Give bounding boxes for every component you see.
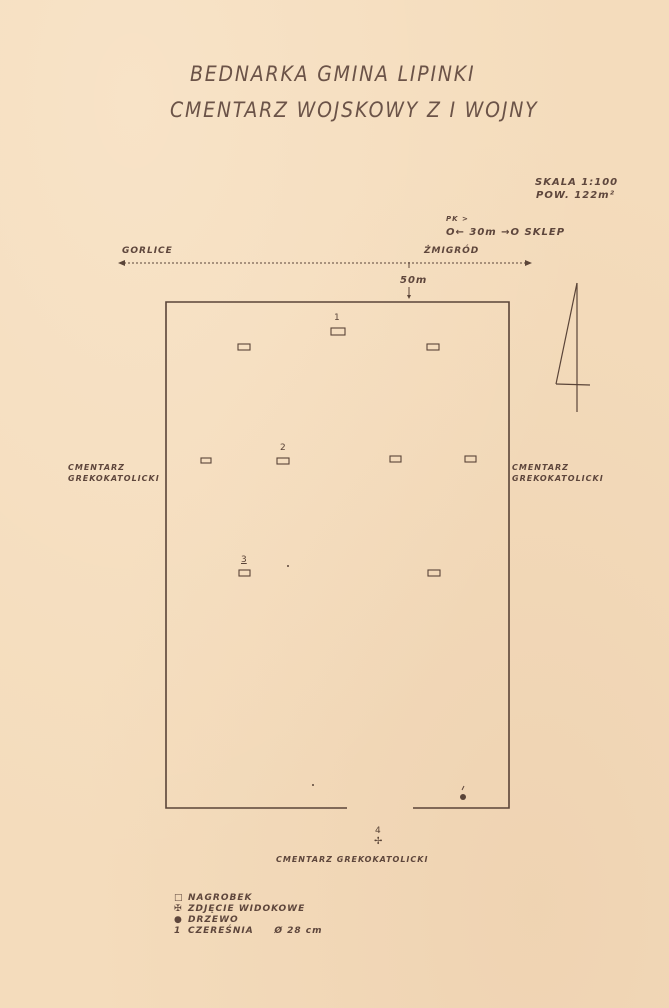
neighbor-west-label: CMENTARZ GREKOKATOLICKI	[68, 462, 160, 484]
legend-item-grave: □ NAGROBEK	[174, 892, 323, 903]
grave-icon	[277, 458, 289, 464]
arrow-west-icon	[118, 260, 125, 266]
grave-icon	[427, 344, 439, 350]
photo-point-number: 4	[375, 826, 381, 836]
arrow-east-icon	[525, 260, 532, 266]
tree-icon: ●	[174, 915, 188, 925]
neighbor-south-label: CMENTARZ GREKOKATOLICKI	[276, 855, 428, 864]
photo-view-icon: ✢	[374, 836, 382, 847]
grave-icon	[465, 456, 476, 462]
legend-item-photo: ✠ ZDJĘCIE WIDOKOWE	[174, 903, 323, 914]
legend: □ NAGROBEK ✠ ZDJĘCIE WIDOKOWE ● DRZEWO 1…	[174, 892, 323, 936]
neighbor-east-label: CMENTARZ GREKOKATOLICKI	[512, 462, 604, 484]
cemetery-boundary	[166, 302, 509, 808]
grave-icon	[238, 344, 250, 350]
grave-number-1: 1	[334, 313, 340, 323]
grave-icon	[390, 456, 401, 462]
grave-icon: □	[174, 893, 188, 903]
grave-icon	[201, 458, 211, 463]
legend-item-tree: ● DRZEWO	[174, 914, 323, 925]
photo-view-icon: ✠	[174, 904, 188, 914]
legend-item-cherry: 1 CZEREŚNIA Ø 28 cm	[174, 925, 323, 936]
north-arrow-icon	[556, 283, 590, 412]
tree-icon	[460, 794, 466, 800]
number-one-marker: 1	[174, 926, 188, 936]
grave-number-2: 2	[280, 443, 286, 453]
grave-icon	[239, 570, 250, 576]
grave-number-3: 3	[241, 555, 247, 565]
grave-icon	[331, 328, 345, 335]
arrow-down-icon	[407, 295, 411, 299]
grave-icon	[428, 570, 440, 576]
